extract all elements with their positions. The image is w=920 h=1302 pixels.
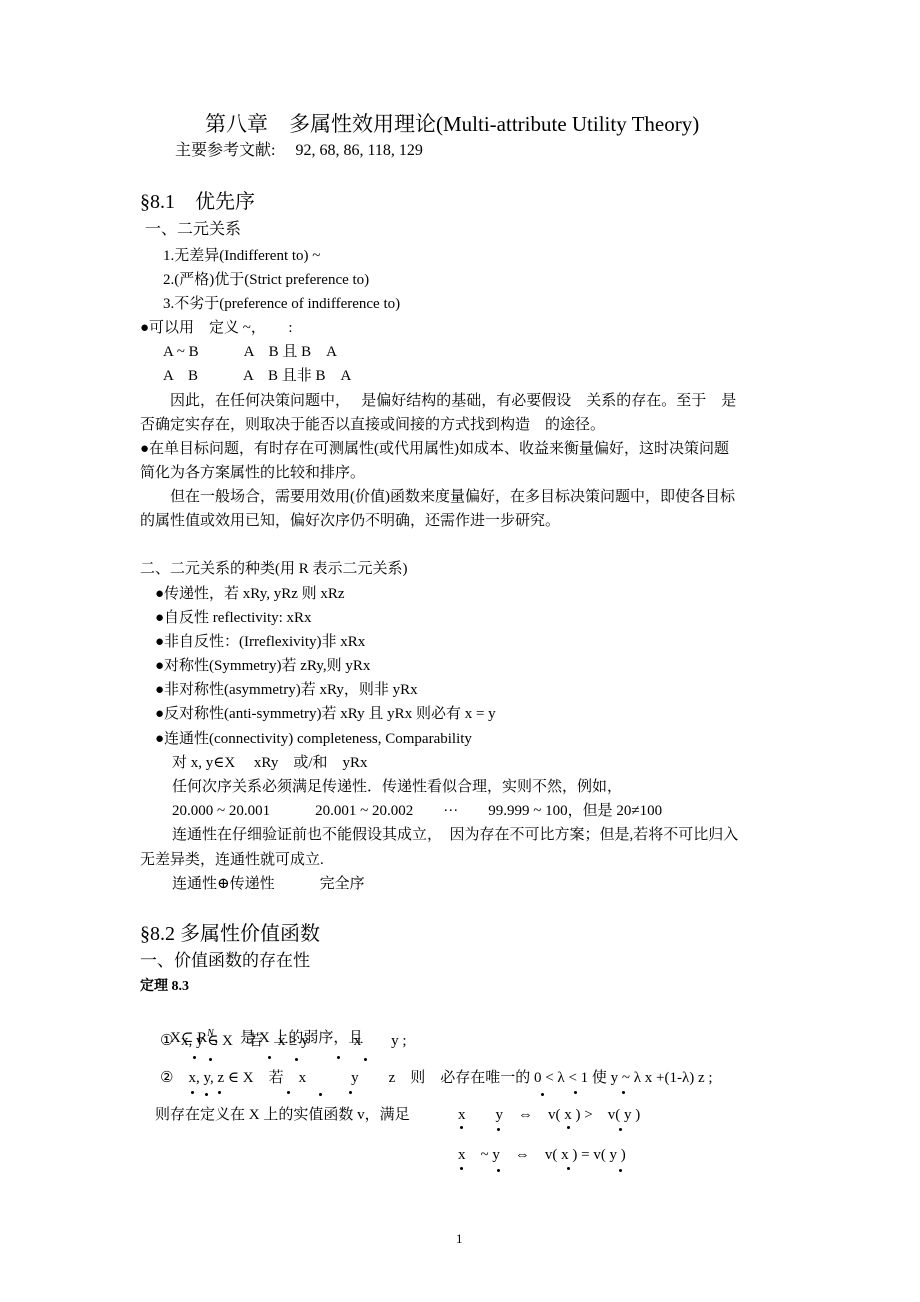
- list-item: ●传递性，若 xRy, yRz 则 xRz: [155, 584, 345, 604]
- vector-dot: [567, 1126, 570, 1129]
- subheading-existence: 一、价值函数的存在性: [140, 950, 310, 972]
- paragraph-line: 的属性值或效用已知，偏好次序仍不明确，还需作进一步研究。: [140, 511, 560, 531]
- subheading-relation-kinds: 二、二元关系的种类(用 R 表示二元关系): [140, 559, 408, 579]
- connectivity-line: 无差异类，连通性就可成立.: [140, 850, 324, 870]
- vector-dot: [497, 1128, 500, 1131]
- vector-dot: [295, 1058, 298, 1061]
- page-number: 1: [456, 1229, 463, 1249]
- vector-dot: [460, 1126, 463, 1129]
- definition-line: A B A B 且非 B A: [163, 366, 351, 386]
- vector-dot: [209, 1058, 212, 1061]
- vector-dot: [268, 1056, 271, 1059]
- bullet-definition: ●可以用 定义 ~， :: [140, 318, 293, 338]
- theorem-label: 定理 8.3: [140, 977, 189, 997]
- section-heading-8-1: §8.1 优先序: [140, 189, 255, 215]
- vector-dot: [287, 1091, 290, 1094]
- conclusion-text: 则存在定义在 X 上的实值函数 v，满足: [155, 1105, 410, 1125]
- vector-dot: [193, 1056, 196, 1059]
- condition-1: ① x, y ∈ X 若 x ≥ y x y ;: [160, 1031, 407, 1051]
- list-item: ●非对称性(asymmetry)若 xRy，则非 yRx: [155, 680, 418, 700]
- list-item: ●反对称性(anti-symmetry)若 xRy 且 yRx 则必有 x = …: [155, 704, 496, 724]
- list-item: 3.不劣于(preference of indifference to): [163, 294, 400, 314]
- vector-dot: [497, 1169, 500, 1172]
- section-heading-8-2: §8.2 多属性价值函数: [140, 921, 320, 947]
- list-item: ●自反性 reflectivity: xRx: [155, 608, 312, 628]
- condition-2: ② x, y, z ∈ X 若 x y z 则 必存在唯一的 0 < λ < 1…: [160, 1068, 713, 1088]
- paragraph-line: 因此，在任何决策问题中， 是偏好结构的基础，有必要假设 关系的存在。至于 是: [140, 391, 736, 411]
- list-item: 2.(严格)优于(Strict preference to): [163, 270, 369, 290]
- vector-dot: [622, 1091, 625, 1094]
- vector-dot: [205, 1093, 208, 1096]
- paragraph-line: 否确定实存在，则取决于能否以直接或间接的方式找到构造 的途径。: [140, 415, 605, 435]
- vector-dot: [337, 1056, 340, 1059]
- list-item: 1.无差异(Indifferent to) ~: [163, 246, 320, 266]
- connectivity-line: 连通性在仔细验证前也不能假设其成立， 因为存在不可比方案；但是,若将不可比归入: [172, 825, 738, 845]
- chapter-title: 第八章 多属性效用理论(Multi-attribute Utility Theo…: [205, 111, 699, 137]
- vector-dot: [619, 1128, 622, 1131]
- vector-dot: [619, 1169, 622, 1172]
- vector-dot: [541, 1093, 544, 1096]
- paragraph-line: ●在单目标问题，有时存在可测属性(或代用属性)如成本、收益来衡量偏好，这时决策问…: [140, 439, 729, 459]
- connectivity-line: 任何次序关系必须满足传递性．传递性看似合理，实则不然，例如，: [172, 777, 622, 797]
- references-line: 主要参考文献: 92, 68, 86, 118, 129: [175, 141, 423, 161]
- list-item: ●对称性(Symmetry)若 zRy,则 yRx: [155, 656, 370, 676]
- paragraph-line: 但在一般场合，需要用效用(价值)函数来度量偏好，在多目标决策问题中，即使各目标: [140, 487, 735, 507]
- paragraph-line: 简化为各方案属性的比较和排序。: [140, 463, 365, 483]
- vector-dot: [319, 1093, 322, 1096]
- subheading-binary-relation: 一、二元关系: [145, 219, 241, 241]
- equation-preference: x y ⇔ v( x ) > v( y ): [458, 1105, 640, 1125]
- connectivity-line: 20.000 ~ 20.001 20.001 ~ 20.002 ··· 99.9…: [172, 801, 662, 821]
- equation-indifference: x ~ y ⇔ v( x ) = v( y ): [458, 1145, 626, 1165]
- vector-dot: [567, 1167, 570, 1170]
- vector-dot: [574, 1091, 577, 1094]
- list-item: ●非自反性：(Irreflexivity)非 xRx: [155, 632, 365, 652]
- connectivity-line: 对 x, y∈X xRy 或/和 yRx: [172, 753, 368, 773]
- vector-dot: [218, 1091, 221, 1094]
- vector-dot: [364, 1058, 367, 1061]
- vector-dot: [191, 1091, 194, 1094]
- connectivity-line: 连通性⊕传递性 完全序: [172, 874, 365, 894]
- vector-dot: [460, 1167, 463, 1170]
- vector-dot: [349, 1091, 352, 1094]
- definition-line: A ~ B A B 且 B A: [163, 342, 337, 362]
- list-item: ●连通性(connectivity) completeness, Compara…: [155, 729, 472, 749]
